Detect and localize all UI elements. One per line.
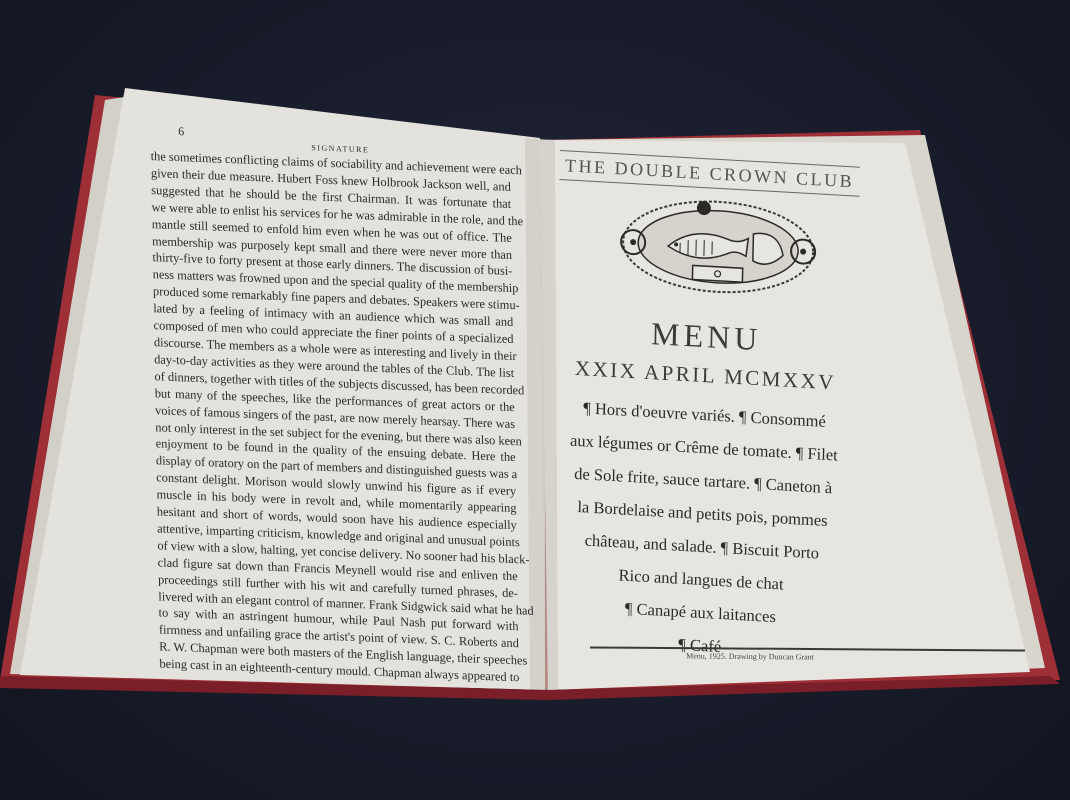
figure-caption: Menu, 1925. Drawing by Duncan Grant bbox=[650, 651, 850, 662]
decorative-fish-engraving-icon bbox=[617, 191, 819, 302]
menu-items: ¶ Hors d'oeuvre variés. ¶ Consommé aux l… bbox=[549, 390, 854, 671]
page-number: 6 bbox=[178, 124, 184, 139]
menu-title: MENU bbox=[556, 310, 857, 364]
left-page: 6 SIGNATURE the sometimes conflicting cl… bbox=[150, 120, 539, 655]
right-page: THE DOUBLE CROWN CLUB MENU XXIX APRIL MC… bbox=[549, 150, 870, 677]
body-text: the sometimes conflicting claims of soci… bbox=[150, 148, 519, 686]
